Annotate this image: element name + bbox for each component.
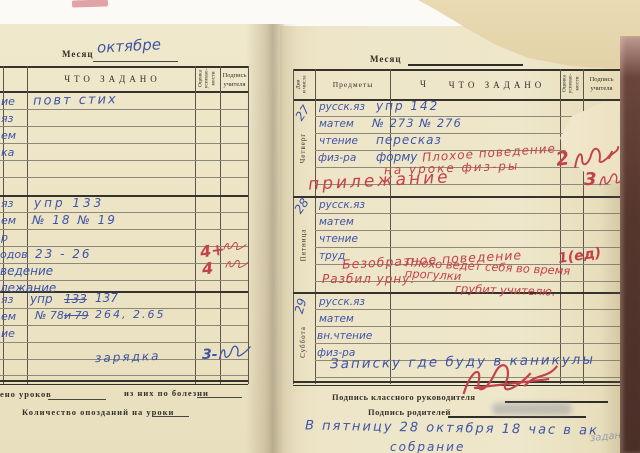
rule-line xyxy=(0,143,248,144)
teacher-remark: Разбил урну. xyxy=(322,272,415,286)
rule-line xyxy=(0,229,248,230)
rule-line xyxy=(315,230,620,231)
rule-line xyxy=(0,375,248,376)
grade-mark: 4 xyxy=(201,258,214,278)
smudged-parent-signature xyxy=(492,403,572,415)
subject-entry: матем xyxy=(319,216,354,228)
assignment-entry-struck: 133 xyxy=(64,292,87,306)
rule-line xyxy=(0,177,248,178)
assignment-entry: упр xyxy=(30,292,53,306)
rule-line xyxy=(0,325,248,326)
assignment-entry-struck: и 79 xyxy=(64,309,89,322)
assignment-entry: № 78 xyxy=(35,309,64,322)
left-col-line xyxy=(248,66,249,384)
late-count-label: Количество опозданий на уроки xyxy=(22,407,174,417)
assignment-header-fragment: Ч xyxy=(420,79,426,89)
left-month-value: октябре xyxy=(97,35,162,56)
left-month-label: Месяц xyxy=(62,49,94,59)
block-separator xyxy=(293,196,620,198)
diary-spread-photo: Месяц октябре ЧТО ЗАДАНО Оценка успевае-… xyxy=(0,0,640,453)
left-assignment-header: ЧТО ЗАДАНО xyxy=(50,74,175,84)
subjects-header: Предметы xyxy=(320,80,386,89)
rule-line xyxy=(315,213,620,214)
table-bottom-line xyxy=(0,380,248,382)
subject-fragment: р xyxy=(1,231,8,244)
subject-entry: русск.яз xyxy=(319,101,365,113)
grade-mark: 2 xyxy=(555,147,571,171)
class-teacher-sign-label: Подпись классного руководителя xyxy=(332,392,475,402)
sign-header-line: Подпись xyxy=(590,76,614,83)
days-header-line: и числа xyxy=(302,76,308,94)
sign-header-line: учителя xyxy=(591,85,613,92)
rule-line xyxy=(0,342,248,343)
assignment-entry: 264, 2.65 xyxy=(95,308,165,321)
assignment-entry: № 18 № 19 xyxy=(32,213,117,227)
rule-line xyxy=(315,326,620,327)
missed-lessons-line xyxy=(48,399,106,400)
assignment-entry: 23 - 26 xyxy=(35,247,92,261)
subject-fragment: одов xyxy=(0,248,28,261)
sign-header-line: Подпись xyxy=(223,72,247,79)
rule-line xyxy=(0,109,248,110)
subject-fragment: ведение xyxy=(0,264,53,278)
left-col-line xyxy=(195,66,196,384)
subject-fragment: ем xyxy=(1,310,16,323)
subject-entry: чтение xyxy=(319,233,358,245)
grade-header-line: Оценка xyxy=(562,75,568,92)
left-month-line xyxy=(93,61,178,62)
grade-header-line: Оценка xyxy=(198,70,204,87)
bottom-note-line2: собрание xyxy=(390,440,465,453)
late-count-line xyxy=(153,416,189,417)
task-entry: пересказ xyxy=(376,133,442,147)
subject-entry: матем xyxy=(319,313,354,325)
subject-fragment: яз xyxy=(1,112,13,125)
left-grade-header: Оценка успевае- мости xyxy=(194,67,220,90)
left-col-line xyxy=(27,66,28,384)
subject-fragment: ие xyxy=(1,95,15,108)
rule-line xyxy=(0,160,248,161)
subject-entry: русск.яз xyxy=(319,296,365,308)
subject-fragment: ем xyxy=(1,129,16,142)
parent-sign-label: Подпись родителей xyxy=(368,407,451,417)
subject-fragment: ие xyxy=(1,327,15,340)
assignment-entry: повт стих xyxy=(33,92,118,108)
assignment-entry: 137 xyxy=(95,291,118,305)
rule-line xyxy=(0,126,248,127)
right-grade-header: Оценка успевае- мости xyxy=(558,71,584,96)
task-entry: упр 142 xyxy=(376,99,439,113)
grade-mark: 3 xyxy=(584,169,597,190)
grade-header-line: мости xyxy=(574,76,580,90)
rule-line xyxy=(315,309,620,310)
right-month-line xyxy=(408,64,523,66)
teacher-signature xyxy=(222,240,248,254)
parent-sign-line xyxy=(448,416,586,418)
cover-edge xyxy=(620,36,640,453)
teacher-signature xyxy=(224,258,250,272)
subject-fragment: ем xyxy=(1,214,16,227)
table-bottom-line xyxy=(0,384,248,385)
missed-lessons-label: ено уроков xyxy=(0,389,52,399)
subject-entry: вн.чтение xyxy=(317,330,372,342)
sick-lessons-line xyxy=(197,397,242,398)
rule-line xyxy=(315,343,620,344)
cover-corner xyxy=(72,0,108,8)
assignment-entry: упр 133 xyxy=(34,196,104,210)
task-entry: № 273 № 276 xyxy=(372,116,462,130)
right-month-label: Месяц xyxy=(370,54,402,64)
subject-entry: физ-ра xyxy=(318,152,356,164)
day-label-thursday: Четверг xyxy=(283,128,323,168)
left-sign-header: Подпись учителя xyxy=(221,71,248,89)
days-header: Дни и числа xyxy=(288,71,316,98)
grade-header-line: успевае- xyxy=(204,69,210,89)
subject-entry: матем xyxy=(319,118,354,130)
grade-header-line: успевае- xyxy=(568,74,574,94)
subject-fragment: яз xyxy=(1,293,13,306)
grade-header-line: мости xyxy=(210,71,216,85)
subject-entry: чтение xyxy=(319,135,358,147)
assignment-entry: зарядка xyxy=(95,349,161,365)
days-header-line: Дни xyxy=(296,80,302,90)
subject-fragment: ка xyxy=(1,146,14,159)
subject-fragment: яз xyxy=(1,197,13,210)
sign-header-line: учителя xyxy=(224,81,246,88)
left-col-line xyxy=(220,66,221,384)
right-assignment-header: ЧТО ЗАДАНО xyxy=(438,80,556,90)
subject-entry: русск.яз xyxy=(319,199,365,211)
day-label-friday: Пятница xyxy=(283,225,323,265)
right-sign-header: Подпись учителя xyxy=(585,75,618,93)
